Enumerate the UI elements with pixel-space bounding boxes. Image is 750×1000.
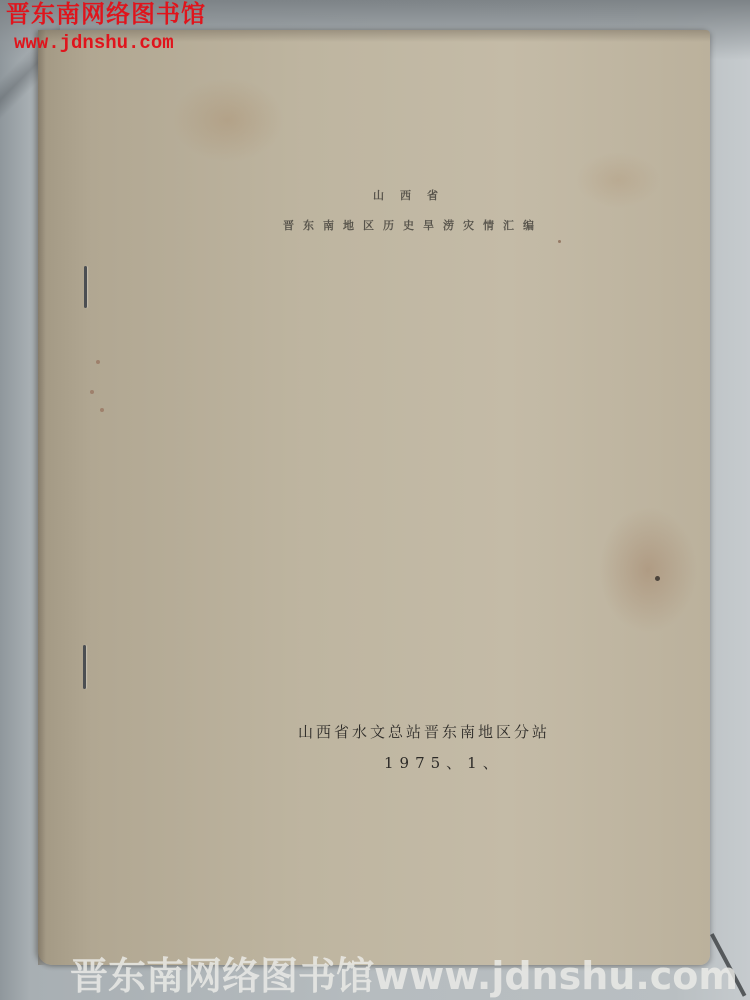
stain-spot	[655, 576, 660, 581]
watermark-top-url: www.jdnshu.com	[14, 32, 174, 54]
book-cover: 山西省 晋东南地区历史旱涝灾情汇编 山西省水文总站晋东南地区分站 1975、1、	[38, 30, 710, 965]
stain-spot	[90, 390, 94, 394]
cover-organization: 山西省水文总站晋东南地区分站	[298, 721, 698, 742]
cover-province: 山西省	[373, 187, 573, 203]
book-spine-edge	[38, 30, 46, 965]
staple-bottom	[83, 645, 86, 689]
stain-spot	[558, 240, 561, 243]
stain-spot	[96, 360, 100, 364]
cover-date: 1975、1、	[384, 752, 584, 773]
cover-title: 晋东南地区历史旱涝灾情汇编	[283, 217, 643, 233]
stain-spot	[100, 408, 104, 412]
watermark-top-title: 晋东南网络图书馆	[6, 0, 206, 28]
watermark-bottom: 晋东南网络图书馆www.jdnshu.com	[70, 952, 738, 1000]
staple-top	[84, 266, 87, 308]
